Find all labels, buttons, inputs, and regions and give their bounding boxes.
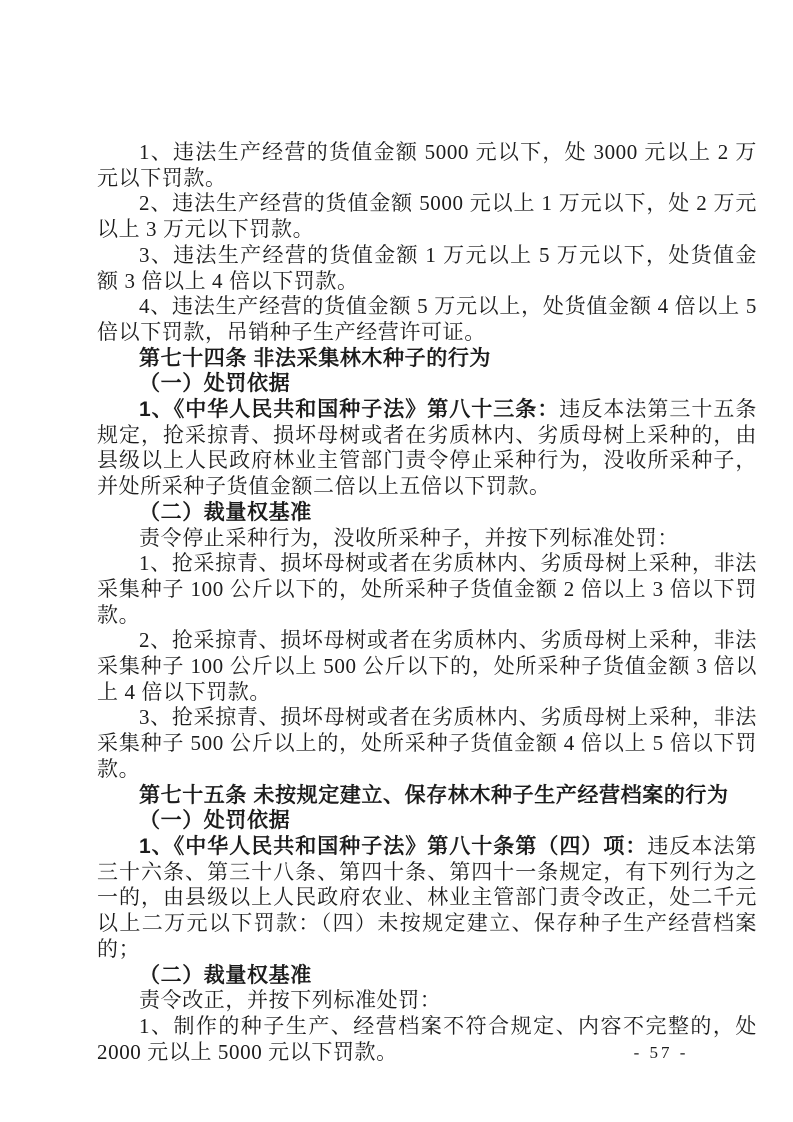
- paragraph: 1、《中华人民共和国种子法》第八十条第（四）项：违反本法第三十六条、第三十八条、…: [97, 834, 757, 963]
- section-heading: （二）裁量权基准: [97, 963, 757, 989]
- paragraph: 责令停止采种行为，没收所采种子，并按下列标准处罚：: [97, 526, 757, 552]
- paragraph: 3、违法生产经营的货值金额 1 万元以上 5 万元以下，处货值金额 3 倍以上 …: [97, 243, 757, 294]
- article-heading: 第七十五条 未按规定建立、保存林木种子生产经营档案的行为: [97, 783, 757, 809]
- paragraph: 1、违法生产经营的货值金额 5000 元以下，处 3000 元以上 2 万元以下…: [97, 140, 757, 191]
- paragraph: 3、抢采掠青、损坏母树或者在劣质林内、劣质母树上采种，非法采集种子 500 公斤…: [97, 705, 757, 782]
- legal-citation-lead: 1、《中华人民共和国种子法》第八十三条：: [139, 398, 559, 421]
- paragraph: 1、抢采掠青、损坏母树或者在劣质林内、劣质母树上采种，非法采集种子 100 公斤…: [97, 551, 757, 628]
- paragraph: 4、违法生产经营的货值金额 5 万元以上，处货值金额 4 倍以上 5 倍以下罚款…: [97, 294, 757, 345]
- section-heading: （二）裁量权基准: [97, 500, 757, 526]
- section-heading: （一）处罚依据: [97, 808, 757, 834]
- document-page: 1、违法生产经营的货值金额 5000 元以下，处 3000 元以上 2 万元以下…: [0, 0, 793, 1122]
- section-heading: （一）处罚依据: [97, 371, 757, 397]
- article-heading: 第七十四条 非法采集林木种子的行为: [97, 346, 757, 372]
- document-body: 1、违法生产经营的货值金额 5000 元以下，处 3000 元以上 2 万元以下…: [97, 140, 757, 1065]
- legal-citation-lead: 1、《中华人民共和国种子法》第八十条第（四）项：: [139, 835, 647, 858]
- paragraph: 责令改正，并按下列标准处罚：: [97, 988, 757, 1014]
- paragraph: 1、《中华人民共和国种子法》第八十三条：违反本法第三十五条规定，抢采掠青、损坏母…: [97, 397, 757, 500]
- page-number: - 57 -: [616, 1043, 706, 1063]
- paragraph: 2、违法生产经营的货值金额 5000 元以上 1 万元以下，处 2 万元以上 3…: [97, 191, 757, 242]
- paragraph: 2、抢采掠青、损坏母树或者在劣质林内、劣质母树上采种，非法采集种子 100 公斤…: [97, 628, 757, 705]
